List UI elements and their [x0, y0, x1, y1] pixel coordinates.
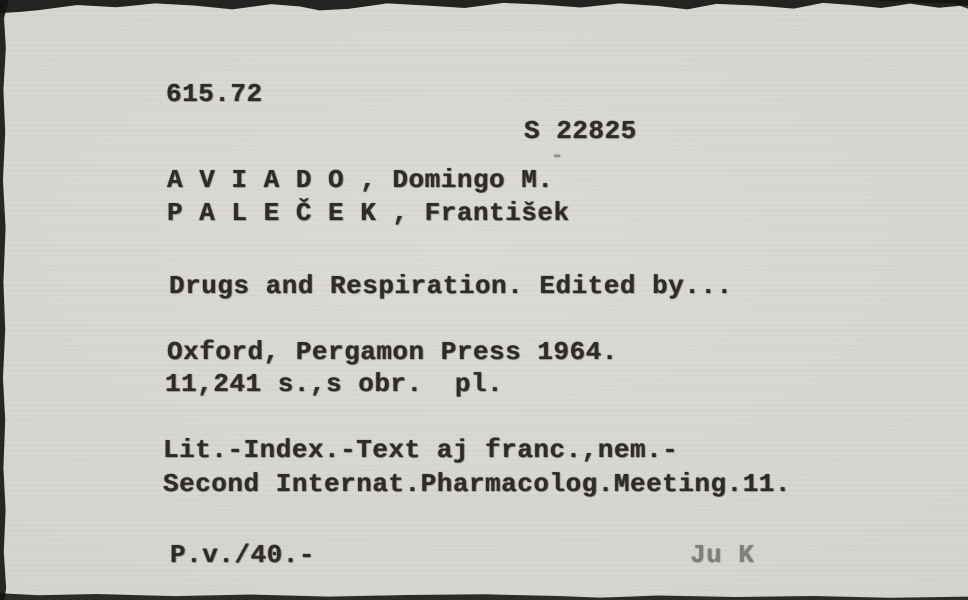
accession-number: S 22825	[524, 117, 637, 146]
catalog-card: 615.72 S 22825 - A V I A D O , Domingo M…	[0, 0, 968, 600]
torn-bottom-edge	[0, 592, 968, 600]
author-line-1: A V I A D O , Domingo M.	[167, 166, 553, 195]
cataloguer-initials: Ju K	[690, 541, 754, 570]
torn-top-edge	[0, 0, 968, 13]
classification-number: 615.72	[166, 80, 263, 109]
price-note: P.v./40.-	[170, 541, 315, 570]
note-line-2: Second Internat.Pharmacolog.Meeting.11.	[163, 470, 791, 499]
torn-left-edge	[0, 0, 9, 600]
title-line: Drugs and Respiration. Edited by...	[169, 272, 733, 301]
note-line-1: Lit.-Index.-Text aj franc.,nem.-	[163, 436, 678, 465]
imprint-line: Oxford, Pergamon Press 1964.	[167, 338, 618, 367]
collation-line: 11,241 s.,s obr. pl.	[165, 370, 503, 399]
author-line-2: P A L E Č E K , František	[167, 199, 570, 228]
